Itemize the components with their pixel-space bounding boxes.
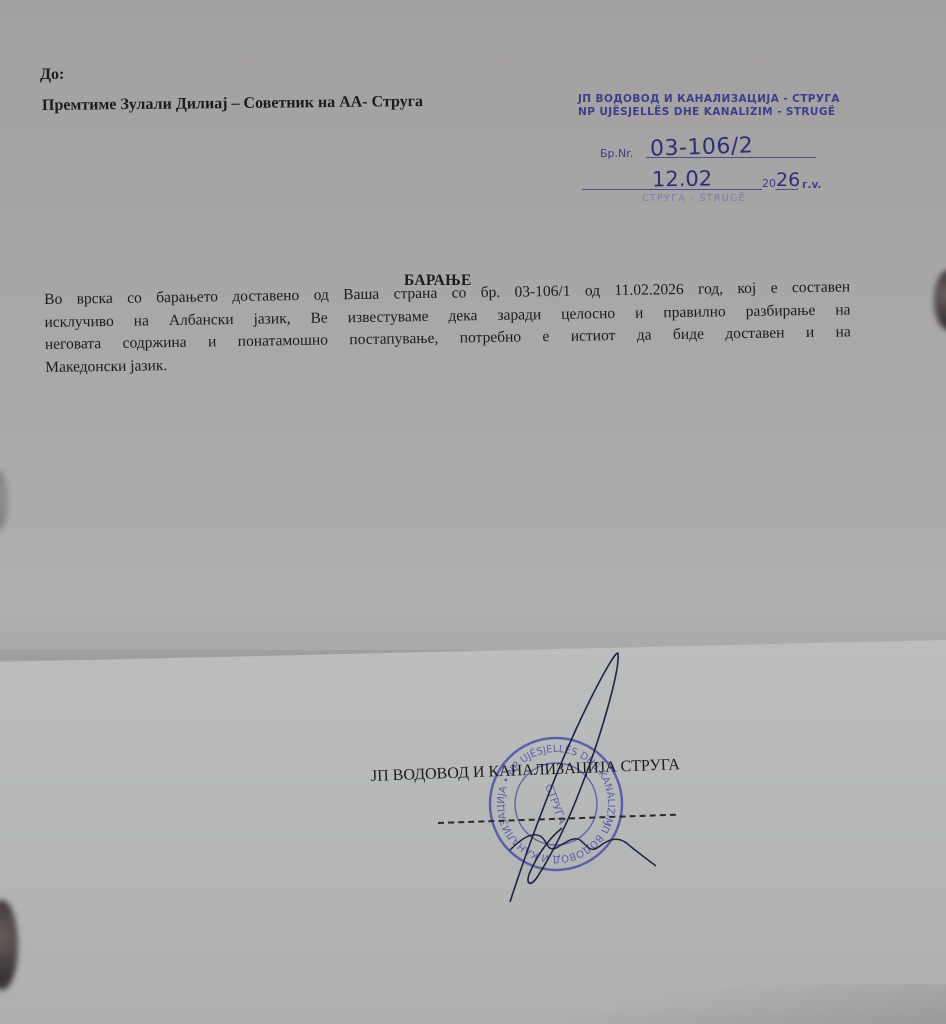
stamp-year-prefix: 20 (762, 177, 776, 190)
stamp-org-sq: NP UJËSJELLËS DHE KANALIZIM - STRUGË (578, 106, 835, 118)
stamp-org-mk: ЈП ВОДОВОД И КАНАЛИЗАЦИЈА - СТРУГА (578, 93, 840, 105)
stamp-city: СТРУГА - STRUGË (642, 193, 746, 204)
document-body: Во врска со барањето доставено од Ваша с… (44, 276, 851, 379)
stamp-year-value: 26 (776, 169, 800, 191)
stamp-date-value: 12.02 (652, 166, 713, 191)
shadow (446, 984, 946, 1024)
signature-icon (470, 640, 690, 910)
to-label: До: (40, 66, 64, 84)
stamp-number-label: Бр.Nr. (600, 147, 633, 160)
stamp-year-line (776, 189, 798, 190)
stamp-number-value: 03-106/2 (650, 133, 754, 162)
registry-stamp: ЈП ВОДОВОД И КАНАЛИЗАЦИЈА - СТРУГА NP UJ… (578, 93, 848, 213)
stamp-year-suffix: г.v. (802, 179, 821, 191)
